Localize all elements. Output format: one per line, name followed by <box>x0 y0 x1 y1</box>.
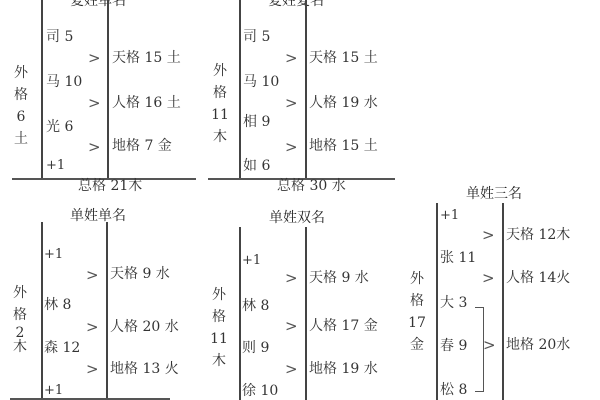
earth-grid: 地格 7 金 <box>112 138 172 154</box>
column-divider-left <box>239 227 241 400</box>
arrow-icon: > <box>285 317 298 335</box>
char-stroke: 则 9 <box>242 340 269 356</box>
char-stroke: 森 12 <box>44 340 80 356</box>
diagram-title: 单姓单名 <box>70 205 126 225</box>
diagram-title: 单姓三名 <box>466 183 522 203</box>
column-divider-right <box>106 222 108 400</box>
arrow-icon: > <box>86 318 99 336</box>
arrow-icon: > <box>482 226 495 244</box>
arrow-icon: > <box>285 49 298 67</box>
char-stroke: +1 <box>44 247 63 263</box>
heaven-grid: 天格 15 土 <box>309 50 378 66</box>
arrow-icon: > <box>88 49 101 67</box>
earth-grid: 地格 15 土 <box>309 138 378 154</box>
person-grid: 人格 14火 <box>506 270 570 286</box>
arrow-icon: > <box>285 138 298 156</box>
diagram-title: 复姓单名 <box>70 0 126 10</box>
column-divider-left <box>41 0 43 179</box>
outer-grid-label: 外 格 2 木 <box>11 282 29 354</box>
person-grid: 人格 17 金 <box>309 318 378 334</box>
char-stroke: 光 6 <box>46 119 73 135</box>
diagram-title: 单姓双名 <box>269 207 325 227</box>
char-stroke: 司 5 <box>243 29 270 45</box>
char-stroke: 如 6 <box>243 158 270 174</box>
column-divider-left <box>41 222 43 400</box>
arrow-icon: > <box>483 336 496 354</box>
arrow-icon: > <box>88 138 101 156</box>
outer-grid-label: 外 格 11 木 <box>210 284 228 372</box>
arrow-icon: > <box>86 266 99 284</box>
person-grid: 人格 20 水 <box>110 319 179 335</box>
arrow-icon: > <box>88 94 101 112</box>
outer-grid-label: 外 格 6 土 <box>12 62 30 150</box>
char-stroke: 马 10 <box>46 74 82 90</box>
column-divider-left <box>239 0 241 179</box>
earth-grid: 地格 20水 <box>506 337 570 353</box>
char-stroke: 林 8 <box>242 298 269 314</box>
arrow-icon: > <box>86 360 99 378</box>
char-stroke: 林 8 <box>44 297 71 313</box>
outer-grid-label: 外 格 17 金 <box>408 268 426 356</box>
char-stroke: 大 3 <box>440 295 467 311</box>
heaven-grid: 天格 15 土 <box>112 50 181 66</box>
arrow-icon: > <box>285 94 298 112</box>
char-stroke: +1 <box>440 208 459 224</box>
arrow-icon: > <box>482 269 495 287</box>
person-grid: 人格 19 水 <box>309 95 378 111</box>
person-grid: 人格 16 土 <box>112 95 181 111</box>
column-divider-right <box>107 0 109 179</box>
earth-grid: 地格 19 水 <box>309 361 378 377</box>
total-grid: 总格 21木 <box>78 178 142 194</box>
char-stroke: 张 11 <box>440 250 476 266</box>
heaven-grid: 天格 9 水 <box>110 266 170 282</box>
char-stroke: 徐 10 <box>242 383 278 399</box>
char-stroke: 松 8 <box>440 382 467 398</box>
heaven-grid: 天格 12木 <box>506 227 570 243</box>
char-stroke: +1 <box>242 253 261 269</box>
outer-grid-label: 外 格 11 木 <box>211 60 229 148</box>
diagram-title: 复姓复名 <box>268 0 324 10</box>
column-divider-right <box>502 203 504 400</box>
earth-grid: 地格 13 火 <box>110 361 179 377</box>
column-divider-left <box>436 203 438 400</box>
baseline <box>10 398 170 400</box>
char-stroke: 春 9 <box>440 338 467 354</box>
char-stroke: 相 9 <box>243 114 270 130</box>
column-divider-right <box>305 227 307 400</box>
heaven-grid: 天格 9 水 <box>309 270 369 286</box>
column-divider-right <box>305 0 307 179</box>
total-grid: 总格 30 水 <box>277 178 346 194</box>
char-stroke: 马 10 <box>243 74 279 90</box>
arrow-icon: > <box>285 269 298 287</box>
char-stroke: +1 <box>46 158 65 174</box>
arrow-icon: > <box>285 360 298 378</box>
char-stroke: +1 <box>44 383 63 399</box>
char-stroke: 司 5 <box>46 29 73 45</box>
